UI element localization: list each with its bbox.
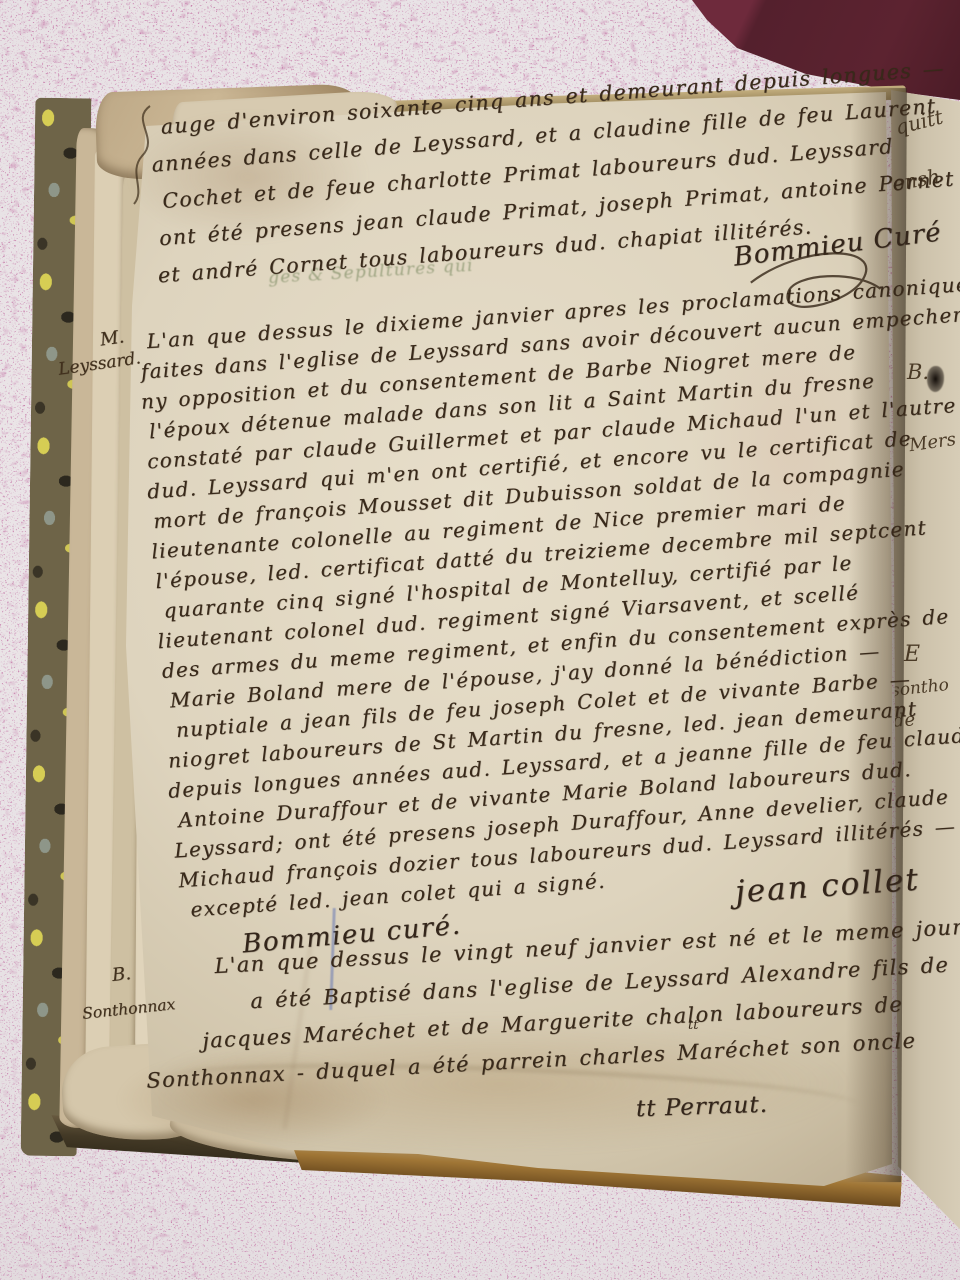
signature-perraut: tt Perraut.: [636, 1092, 769, 1123]
act-marriage: L'an que dessus le dixieme janvier apres…: [136, 269, 960, 928]
margin-note-baptism-abbr: B.: [111, 963, 132, 986]
insertion-mark: tt: [688, 1018, 698, 1033]
margin-note-marriage-abbr: M.: [99, 326, 126, 350]
photo-of-parish-register: quitt onsh B. Mers E sontho de ges & Sep…: [0, 0, 960, 1280]
